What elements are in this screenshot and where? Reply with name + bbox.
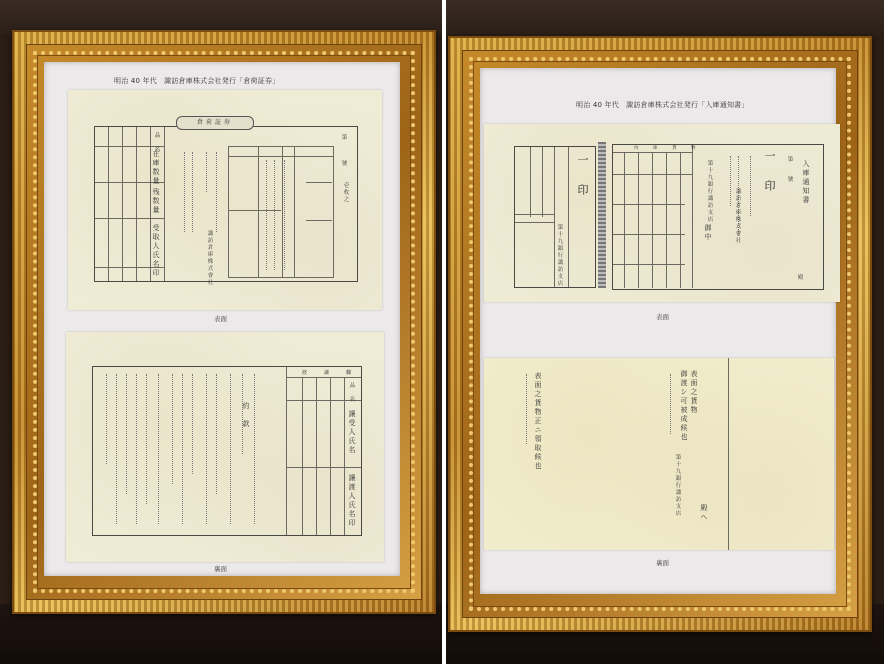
front-label: 表面	[656, 312, 669, 321]
number-suffix: 號	[786, 176, 792, 183]
rule	[652, 152, 653, 288]
form-text	[264, 160, 294, 270]
table-row-label: 在庫数量	[152, 150, 159, 186]
delivery-text: 御渡シ可被成候也	[680, 370, 687, 442]
wall	[0, 0, 442, 34]
rule	[515, 214, 555, 215]
rule	[150, 127, 151, 281]
rule	[136, 127, 137, 281]
addressee-suffix: 御中	[704, 224, 711, 242]
document-back: 表面之貨物正ニ領取候也 表面之貨物 御渡シ可被成候也 第十九銀行諏訪支店 殿へ	[484, 358, 834, 550]
table-row-label: 残数量	[152, 188, 159, 215]
company-name: 諏訪倉庫株式會社	[734, 188, 740, 244]
rule	[692, 145, 693, 288]
number-label: 第	[340, 134, 346, 141]
bank-branch: 第十九銀行諏訪支店	[674, 454, 680, 517]
title-ribbon: 倉荷証券	[176, 116, 254, 130]
rule	[286, 367, 287, 535]
seal-mark: 一 印	[764, 150, 775, 195]
rule	[164, 127, 165, 281]
table-title: 渡 讓 欄	[302, 369, 357, 376]
stub-bank-branch: 第十九銀行諏訪支店	[556, 224, 562, 287]
number-label: 第	[786, 156, 792, 163]
rule	[306, 182, 332, 183]
terms-title: 約 款	[242, 402, 249, 429]
mat-board: 明治 40 年代 諏訪倉庫株式会社発行「倉荷証券」 倉荷証券 品 名 在庫数量 …	[44, 62, 400, 576]
table-row-label: 讓渡人氏名印	[348, 474, 355, 528]
rule	[258, 147, 259, 277]
delivery-text: 表面之貨物	[690, 370, 697, 415]
date-line	[668, 374, 674, 434]
rule	[568, 147, 569, 287]
wall	[446, 0, 884, 34]
rule	[638, 152, 639, 288]
table-row-label: 讓受人氏名	[348, 410, 355, 455]
rule	[122, 127, 123, 281]
rule	[515, 222, 555, 223]
honorific-suffix: 殿へ	[700, 504, 707, 522]
rule	[287, 467, 361, 468]
sheet-count: 壱枚之	[342, 182, 348, 203]
rule	[294, 147, 295, 277]
number-suffix: 號	[340, 160, 346, 167]
rule	[554, 147, 555, 287]
front-label: 表面	[214, 314, 227, 323]
rule	[613, 152, 693, 153]
left-photo: 明治 40 年代 諏訪倉庫株式会社発行「倉荷証券」 倉荷証券 品 名 在庫数量 …	[0, 0, 442, 664]
frame-caption: 明治 40 年代 諏訪倉庫株式会社発行「入庫通知書」	[576, 100, 749, 110]
perforation	[598, 142, 606, 288]
document-front: 一 印 第十九銀行諏訪支店 內 庫 貨 物 第十九銀行諏訪支店 御中 諏訪倉庫株…	[484, 124, 840, 302]
rule	[306, 220, 332, 221]
frame-caption: 明治 40 年代 諏訪倉庫株式会社発行「倉荷証券」	[114, 76, 279, 86]
document-border	[612, 144, 824, 290]
rule	[229, 156, 333, 157]
rule	[108, 127, 109, 281]
rule	[624, 152, 625, 288]
fold-line	[728, 358, 729, 550]
body-text	[180, 152, 220, 232]
rule	[530, 147, 531, 217]
rule	[287, 377, 361, 378]
date-line	[524, 374, 530, 444]
stub-seal-mark: 一 印	[577, 154, 588, 199]
back-label: 裏面	[214, 564, 227, 573]
terms-text	[102, 374, 262, 524]
rule	[95, 218, 164, 219]
bank-branch: 第十九銀行諏訪支店	[706, 160, 712, 223]
table-header: 內 庫 貨 物	[634, 145, 701, 151]
rule	[666, 152, 667, 288]
right-photo: 明治 40 年代 諏訪倉庫株式会社発行「入庫通知書」 一 印 第十九銀行諏訪支店	[446, 0, 884, 664]
document-back: 表面 約 款 渡 讓 欄 品 名 讓受人氏名 讓渡人氏名印	[66, 332, 384, 562]
table-row-label: 品 名	[348, 382, 354, 403]
notice-text	[728, 156, 758, 236]
rule	[680, 152, 681, 288]
rule	[542, 147, 543, 217]
company-name: 諏訪倉庫株式會社	[206, 230, 212, 286]
mat-board: 明治 40 年代 諏訪倉庫株式会社発行「入庫通知書」 一 印 第十九銀行諏訪支店	[480, 68, 836, 594]
table-row-label: 受取人氏名印	[152, 224, 159, 278]
receipt-text: 表面之貨物正ニ領取候也	[534, 372, 541, 471]
back-label: 裏面	[656, 558, 669, 567]
document-front: 倉荷証券 品 名 在庫数量 残数量 受取人氏名印 諏訪倉庫株式會社	[68, 90, 382, 310]
document-title: 入庫通知書	[802, 160, 809, 205]
rule	[613, 174, 693, 175]
honorific: 殿	[796, 274, 802, 281]
